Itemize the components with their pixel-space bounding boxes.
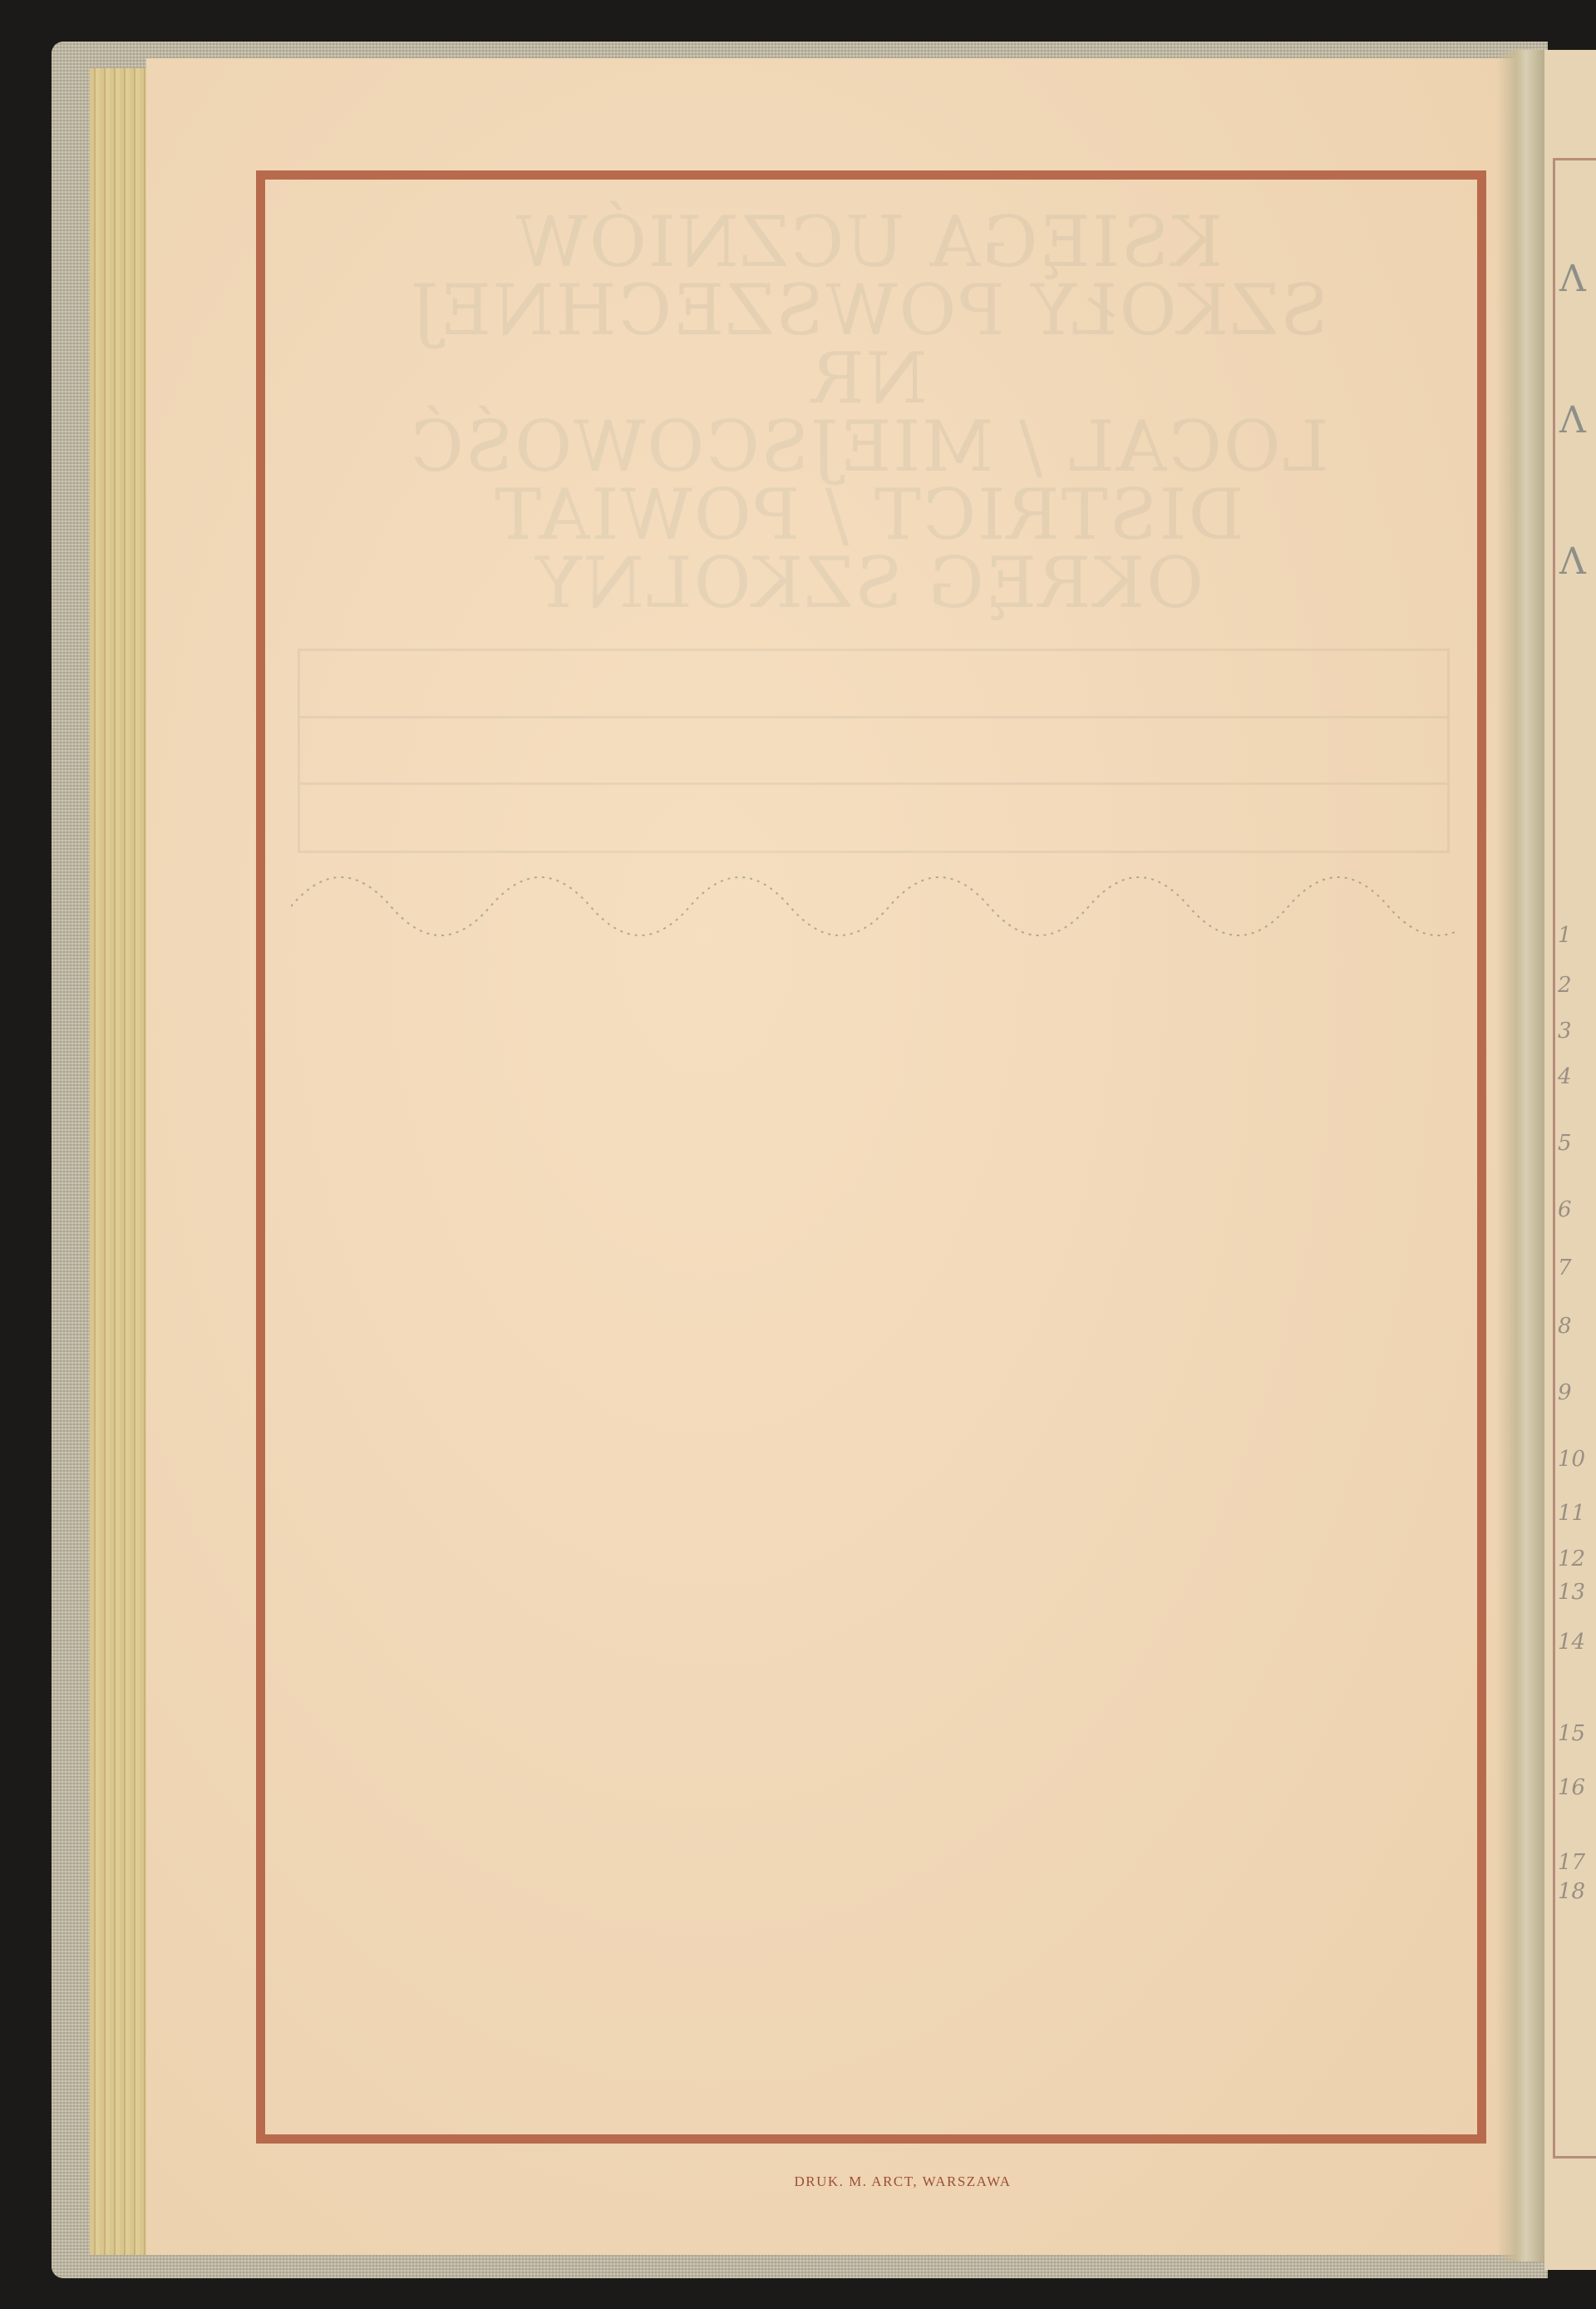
next-page-edge: Ʌ Ʌ Ʌ 1 2 3 4 5 6 7 8 9 10 11 12 13 14 1… bbox=[1544, 50, 1596, 2270]
row-number: 15 bbox=[1558, 1721, 1585, 1746]
book-gutter bbox=[1496, 50, 1546, 2262]
page-edges bbox=[90, 68, 148, 2255]
row-number: 6 bbox=[1558, 1197, 1572, 1222]
row-number: 4 bbox=[1558, 1064, 1572, 1089]
next-page-ornament: Ʌ bbox=[1559, 540, 1586, 583]
row-number: 3 bbox=[1558, 1019, 1572, 1043]
row-number: 9 bbox=[1558, 1380, 1572, 1405]
next-page-ornament: Ʌ bbox=[1559, 399, 1586, 442]
row-number: 18 bbox=[1558, 1879, 1585, 1904]
row-number: 16 bbox=[1558, 1775, 1585, 1800]
row-number: 10 bbox=[1558, 1447, 1585, 1472]
next-page-ornament: Ʌ bbox=[1559, 258, 1586, 300]
row-number: 14 bbox=[1558, 1630, 1585, 1655]
row-number: 13 bbox=[1558, 1580, 1585, 1605]
row-number: 1 bbox=[1558, 923, 1572, 948]
row-number: 8 bbox=[1558, 1314, 1572, 1339]
row-number: 5 bbox=[1558, 1131, 1572, 1156]
row-number: 7 bbox=[1558, 1256, 1572, 1280]
row-number: 11 bbox=[1558, 1501, 1585, 1526]
page-frame-border bbox=[256, 170, 1486, 2144]
printer-imprint: DRUK. M. ARCT, WARSZAWA bbox=[0, 2173, 1596, 2190]
row-number: 12 bbox=[1558, 1547, 1585, 1571]
row-number: 2 bbox=[1558, 973, 1572, 998]
row-number: 17 bbox=[1558, 1850, 1585, 1875]
